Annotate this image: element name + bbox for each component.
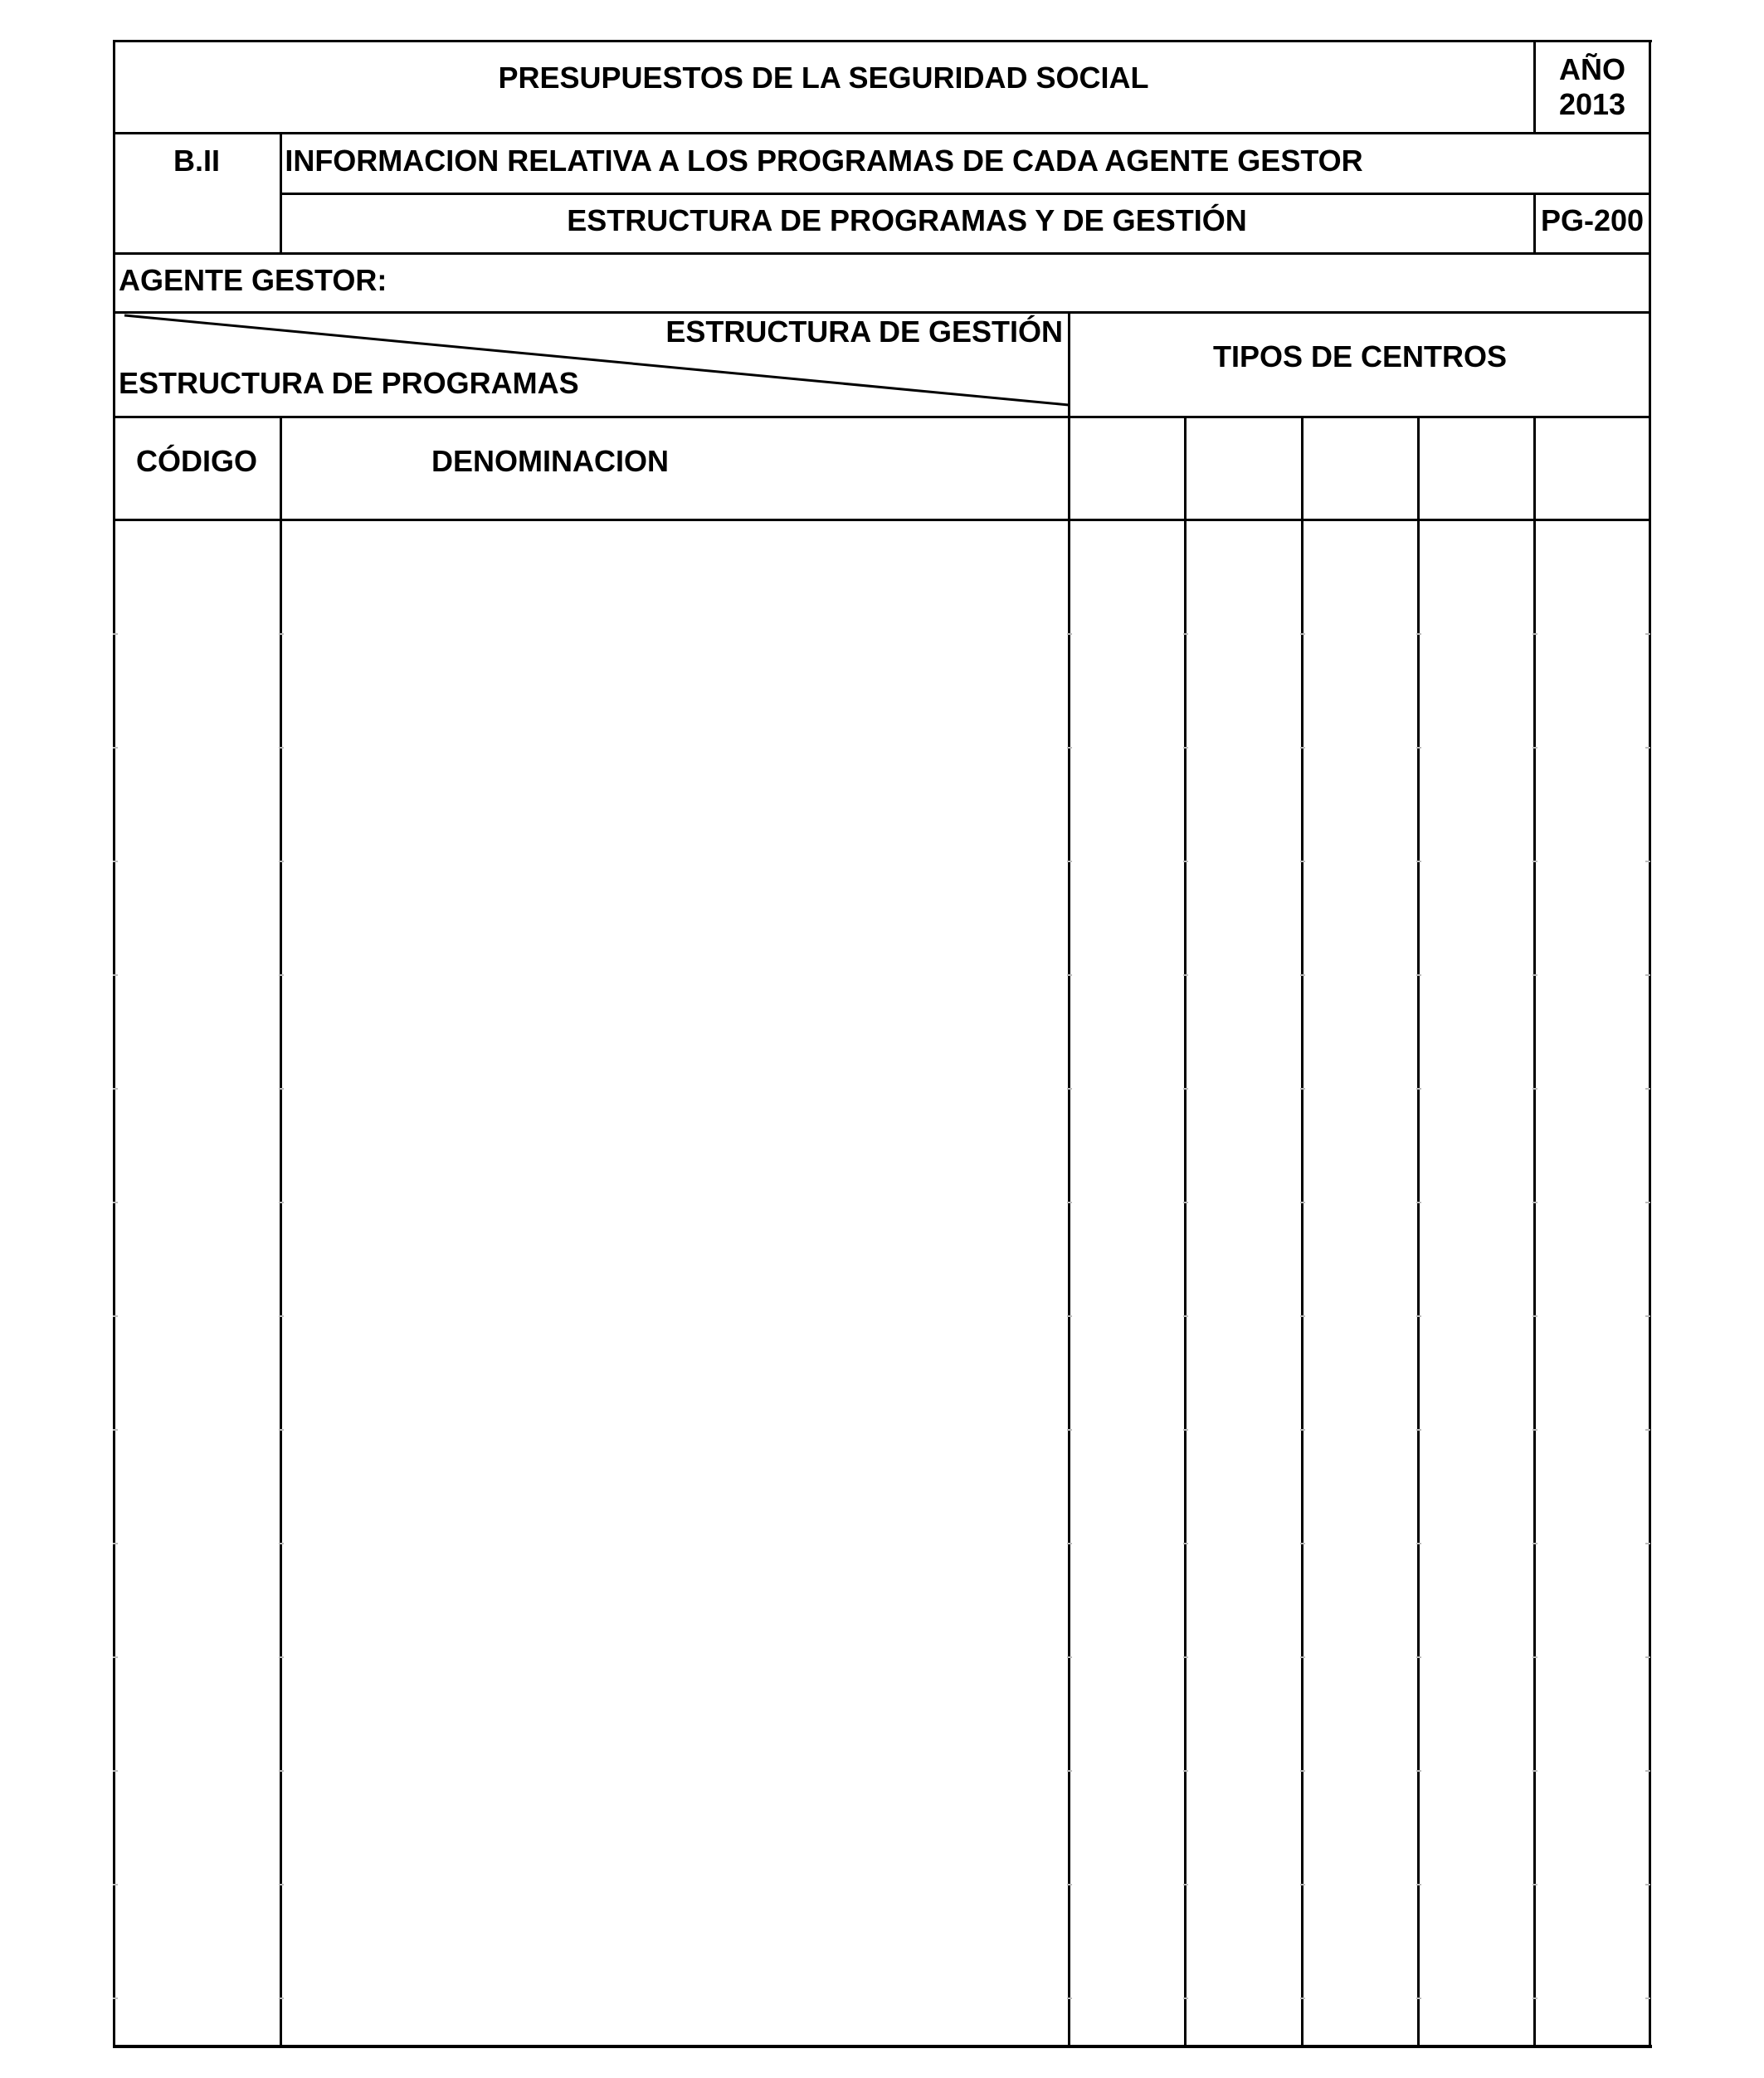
row-guide-tick — [1183, 1884, 1188, 1885]
row-guide-tick — [1416, 633, 1421, 635]
row-guide-tick — [1416, 1543, 1421, 1544]
row-guide-tick — [1067, 1656, 1072, 1658]
row-guide-tick — [1183, 1315, 1188, 1317]
row-guide-tick — [1183, 1543, 1188, 1544]
row-guide-tick — [1067, 974, 1072, 976]
row-guide-tick — [1416, 861, 1421, 862]
row-guide-tick — [1183, 1998, 1188, 1999]
row-guide-tick — [1645, 1315, 1650, 1317]
row-guide-tick — [1300, 1429, 1305, 1431]
row-guide-tick — [113, 1656, 118, 1658]
row-guide-tick — [1416, 1770, 1421, 1772]
row-guide-tick — [1300, 974, 1305, 976]
row-guide-tick — [1645, 633, 1650, 635]
row-guide-tick — [1300, 1202, 1305, 1203]
row-guide-tick — [1533, 1656, 1537, 1658]
row-guide-tick — [113, 633, 118, 635]
row-guide-tick — [279, 974, 284, 976]
programs-structure-label: ESTRUCTURA DE PROGRAMAS — [119, 368, 579, 398]
row-guide-tick — [113, 1315, 118, 1317]
row-guide-tick — [1183, 747, 1188, 749]
row-guide-tick — [279, 1202, 284, 1203]
row-guide-tick — [1533, 1543, 1537, 1544]
row-guide-tick — [1645, 1998, 1650, 1999]
row-guide-tick — [1416, 1656, 1421, 1658]
row-guide-tick — [1645, 1884, 1650, 1885]
row-guide-tick — [1300, 1088, 1305, 1090]
row-guide-tick — [113, 1884, 118, 1885]
row-guide-tick — [1533, 747, 1537, 749]
row-guide-tick — [1183, 1202, 1188, 1203]
row-guide-tick — [1067, 1315, 1072, 1317]
row-guide-tick — [1183, 861, 1188, 862]
row-divider-6 — [114, 519, 1650, 521]
row-guide-tick — [1067, 747, 1072, 749]
row-guide-tick — [279, 1656, 284, 1658]
row-guide-tick — [1416, 1429, 1421, 1431]
row-guide-tick — [1300, 861, 1305, 862]
row-guide-tick — [1533, 1088, 1537, 1090]
row-guide-tick — [1300, 1770, 1305, 1772]
row-guide-tick — [1645, 1656, 1650, 1658]
row-guide-tick — [113, 1202, 118, 1203]
row-guide-tick — [1645, 1088, 1650, 1090]
row-guide-tick — [113, 974, 118, 976]
row-guide-tick — [1416, 1884, 1421, 1885]
row-guide-tick — [1416, 1202, 1421, 1203]
data-grid-body[interactable] — [116, 522, 1648, 2044]
row-guide-tick — [1416, 1088, 1421, 1090]
center-types-label: TIPOS DE CENTROS — [1070, 342, 1649, 372]
row-guide-tick — [1533, 1998, 1537, 1999]
row-guide-tick — [1067, 633, 1072, 635]
row-guide-tick — [1300, 1998, 1305, 1999]
row-guide-tick — [1645, 1770, 1650, 1772]
row-guide-tick — [1300, 633, 1305, 635]
row-guide-tick — [279, 1315, 284, 1317]
row-guide-tick — [279, 1770, 284, 1772]
row-divider-5 — [114, 416, 1650, 418]
row-guide-tick — [1183, 1429, 1188, 1431]
row-guide-tick — [113, 1543, 118, 1544]
row-guide-tick — [1183, 974, 1188, 976]
row-guide-tick — [1533, 1770, 1537, 1772]
row-guide-tick — [279, 1088, 284, 1090]
row-guide-tick — [1533, 633, 1537, 635]
row-guide-tick — [1533, 974, 1537, 976]
row-guide-tick — [113, 1429, 118, 1431]
row-guide-tick — [113, 1088, 118, 1090]
row-guide-tick — [113, 861, 118, 862]
row-guide-tick — [1416, 1315, 1421, 1317]
row-guide-tick — [1645, 861, 1650, 862]
row-guide-tick — [1645, 974, 1650, 976]
row-guide-tick — [1645, 1429, 1650, 1431]
row-guide-tick — [1067, 1884, 1072, 1885]
row-guide-tick — [1533, 1429, 1537, 1431]
row-guide-tick — [1067, 1998, 1072, 1999]
row-guide-tick — [279, 747, 284, 749]
row-guide-tick — [1416, 747, 1421, 749]
column-header-name: DENOMINACION — [156, 446, 944, 476]
row-guide-tick — [1067, 1770, 1072, 1772]
row-guide-tick — [1067, 861, 1072, 862]
row-guide-tick — [1300, 747, 1305, 749]
row-guide-tick — [1533, 1202, 1537, 1203]
row-guide-tick — [1300, 1315, 1305, 1317]
row-guide-tick — [1067, 1202, 1072, 1203]
row-guide-tick — [1645, 1543, 1650, 1544]
row-guide-tick — [279, 1998, 284, 1999]
row-guide-tick — [1067, 1429, 1072, 1431]
row-guide-tick — [1416, 974, 1421, 976]
row-guide-tick — [1300, 1543, 1305, 1544]
row-guide-tick — [279, 1884, 284, 1885]
row-guide-tick — [113, 1998, 118, 1999]
row-guide-tick — [279, 1543, 284, 1544]
row-guide-tick — [1183, 1770, 1188, 1772]
row-guide-tick — [279, 1429, 284, 1431]
row-guide-tick — [1067, 1088, 1072, 1090]
row-guide-tick — [1533, 861, 1537, 862]
row-guide-tick — [1183, 1088, 1188, 1090]
row-guide-tick — [279, 633, 284, 635]
row-guide-tick — [1067, 1543, 1072, 1544]
row-guide-tick — [1183, 633, 1188, 635]
row-guide-tick — [113, 1770, 118, 1772]
row-guide-tick — [113, 747, 118, 749]
row-guide-tick — [279, 861, 284, 862]
row-guide-tick — [1416, 1998, 1421, 1999]
row-guide-tick — [1300, 1884, 1305, 1885]
row-guide-tick — [1533, 1884, 1537, 1885]
row-guide-tick — [1533, 1315, 1537, 1317]
management-structure-label: ESTRUCTURA DE GESTIÓN — [665, 317, 1063, 347]
row-guide-tick — [1183, 1656, 1188, 1658]
row-guide-tick — [1645, 1202, 1650, 1203]
row-guide-tick — [1300, 1656, 1305, 1658]
row-guide-tick — [1645, 747, 1650, 749]
